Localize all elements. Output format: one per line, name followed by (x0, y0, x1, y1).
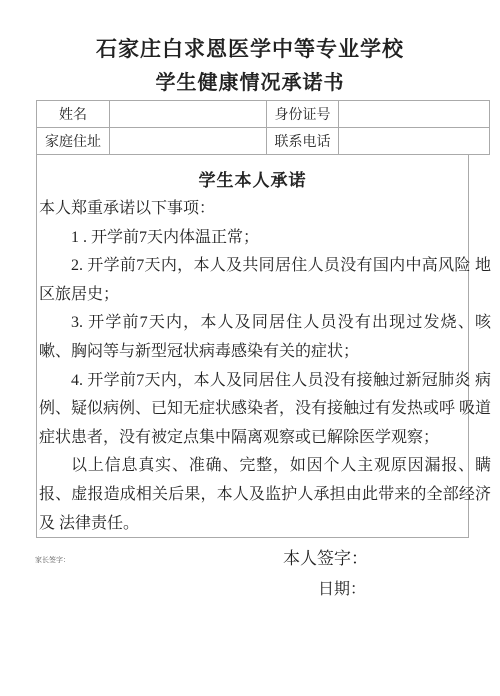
name-value-cell[interactable] (110, 101, 267, 128)
id-number-value-cell[interactable] (339, 101, 490, 128)
table-row: 家庭住址 联系电话 (37, 128, 490, 155)
home-address-value-cell[interactable] (110, 128, 267, 155)
commitment-item-4: 4. 开学前7天内，本人及同居住人员没有接触过新冠肺炎 病例、疑似病例、已知无症… (39, 367, 491, 453)
commitment-item-1: 1 . 开学前7天内体温正常； (39, 224, 491, 253)
table-row: 姓名 身份证号 (37, 101, 490, 128)
name-label: 姓名 (37, 101, 110, 128)
id-number-label: 身份证号 (267, 101, 339, 128)
contact-phone-value-cell[interactable] (339, 128, 490, 155)
parent-signature-label: 家长签字： (35, 555, 70, 565)
school-name-title: 石家庄白求恩医学中等专业学校 (0, 33, 500, 63)
student-info-table: 姓名 身份证号 家庭住址 联系电话 (36, 100, 490, 155)
commitment-intro: 本人郑重承诺以下事项： (39, 195, 491, 224)
commitment-body: 本人郑重承诺以下事项： 1 . 开学前7天内体温正常； 2. 开学前7天内，本人… (39, 195, 491, 538)
commitment-item-5: 以上信息真实、准确、完整，如因个人主观原因漏报、瞒报、虚报造成相关后果，本人及监… (39, 452, 491, 538)
commitment-section-title: 学生本人承诺 (37, 166, 468, 191)
document-title: 学生健康情况承诺书 (0, 66, 500, 95)
document-page: 石家庄白求恩医学中等专业学校 学生健康情况承诺书 姓名 身份证号 家庭住址 联系… (0, 0, 500, 696)
commitment-item-3: 3. 开学前7天内，本人及同居住人员没有出现过发烧、咳 嗽、胸闷等与新型冠状病毒… (39, 309, 491, 366)
date-label: 日期： (318, 576, 366, 599)
home-address-label: 家庭住址 (37, 128, 110, 155)
commitment-item-2: 2. 开学前7天内，本人及共同居住人员没有国内中高风险 地区旅居史； (39, 252, 491, 309)
commitment-box: 学生本人承诺 本人郑重承诺以下事项： 1 . 开学前7天内体温正常； 2. 开学… (36, 154, 469, 538)
self-signature-label: 本人签字： (283, 544, 368, 569)
contact-phone-label: 联系电话 (267, 128, 339, 155)
